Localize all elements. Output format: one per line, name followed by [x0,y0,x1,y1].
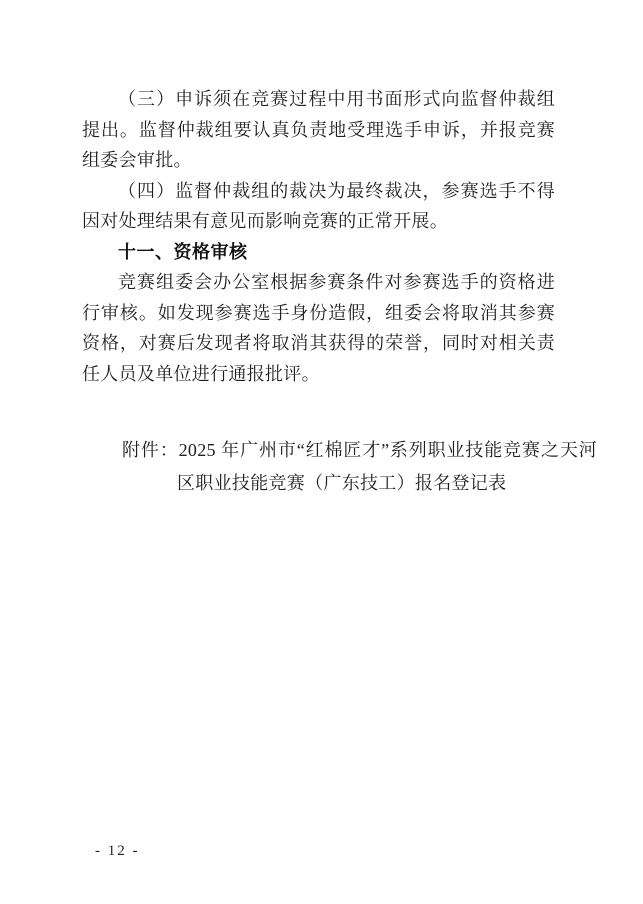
paragraph-qualification-review: 竞赛组委会办公室根据参赛条件对参赛选手的资格进行审核。如发现参赛选手身份造假，组… [82,267,555,389]
attachment-note: 附件：2025 年广州市“红棉匠才”系列职业技能竞赛之天河区职业技能竞赛（广东技… [177,434,597,500]
document-body: （三）申诉须在竞赛过程中用书面形式向监督仲裁组提出。监督仲裁组要认真负责地受理选… [82,84,555,500]
document-page: （三）申诉须在竞赛过程中用书面形式向监督仲裁组提出。监督仲裁组要认真负责地受理选… [0,0,643,904]
page-number: - 12 - [95,843,140,860]
paragraph-final-ruling: （四）监督仲裁组的裁决为最终裁决，参赛选手不得因对处理结果有意见而影响竞赛的正常… [82,176,555,237]
section-heading-qualification-review: 十一、资格审核 [82,237,555,268]
paragraph-appeal-submission: （三）申诉须在竞赛过程中用书面形式向监督仲裁组提出。监督仲裁组要认真负责地受理选… [82,84,555,176]
